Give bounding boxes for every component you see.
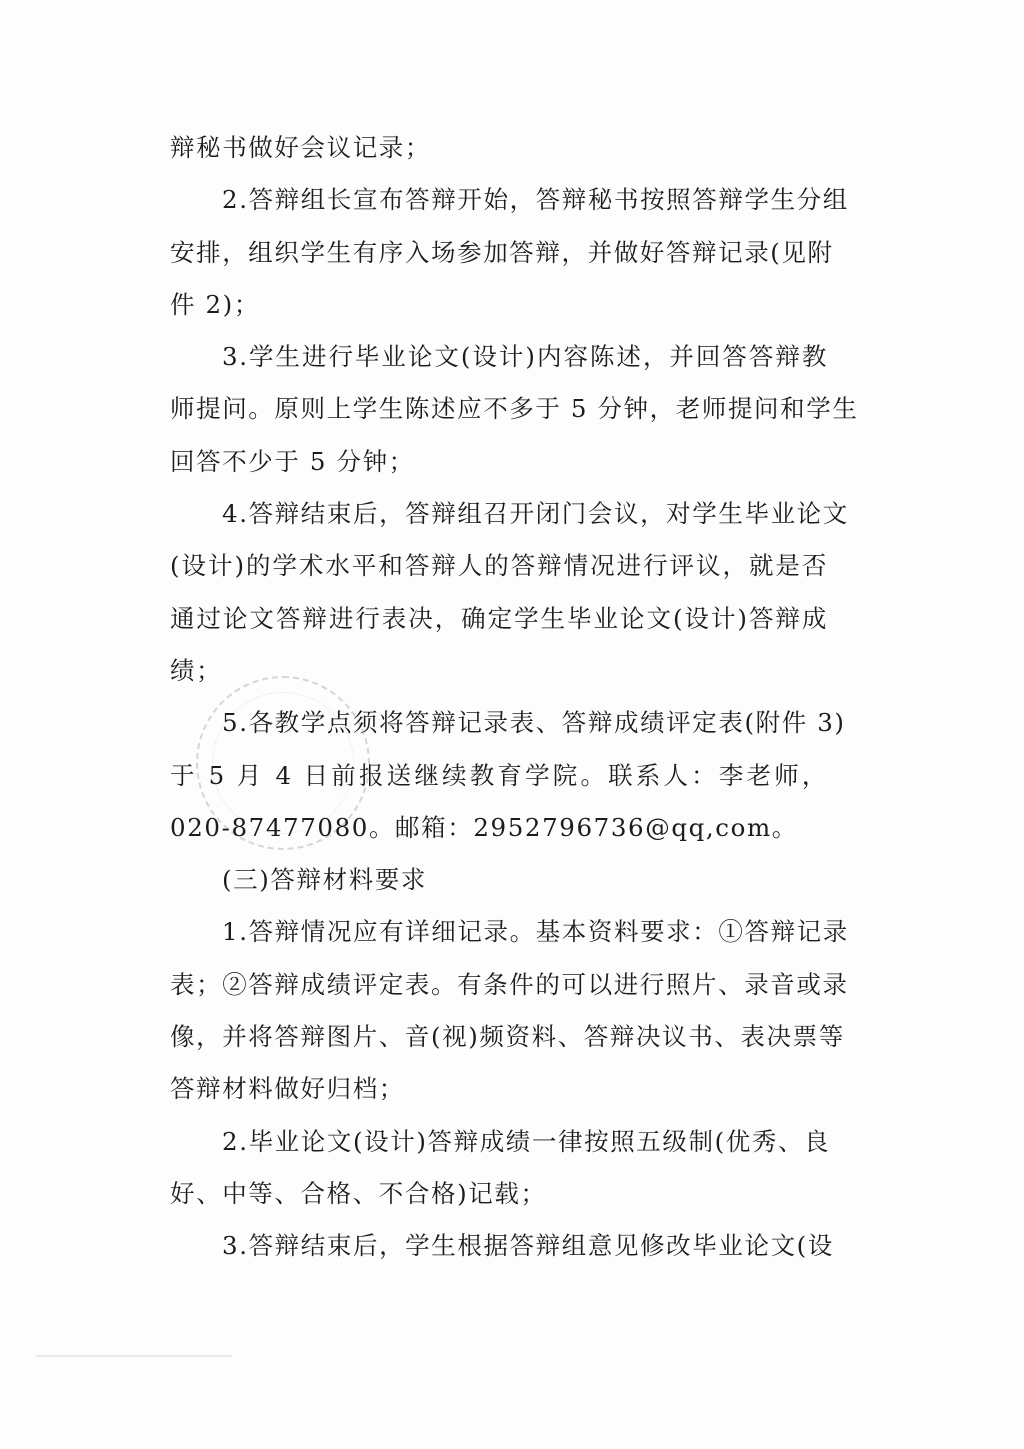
text-line: 像，并将答辩图片、音(视)频资料、答辩决议书、表决票等 [170,1011,828,1063]
text-line: 2.毕业论文(设计)答辩成绩一律按照五级制(优秀、良 [170,1116,828,1168]
text-line: 5.各教学点须将答辩记录表、答辩成绩评定表(附件 3) [170,697,828,749]
contact-line: 020-87477080。邮箱：2952796736@qq,com。 [170,802,828,854]
text-line: 答辩材料做好归档； [170,1063,828,1115]
text-line: 好、中等、合格、不合格)记载； [170,1168,828,1220]
text-line: 3.学生进行毕业论文(设计)内容陈述，并回答答辩教 [170,331,828,383]
text-line: 通过论文答辩进行表决，确定学生毕业论文(设计)答辩成 [170,593,828,645]
document-body: 辩秘书做好会议记录； 2.答辩组长宣布答辩开始，答辩秘书按照答辩学生分组 安排，… [170,122,828,1273]
scan-residue-mark [36,1355,232,1357]
text-line: 件 2)； [170,279,828,331]
text-line: 师提问。原则上学生陈述应不多于 5 分钟，老师提问和学生 [170,383,828,435]
document-page: 辩秘书做好会议记录； 2.答辩组长宣布答辩开始，答辩秘书按照答辩学生分组 安排，… [0,0,1024,1449]
text-line: 回答不少于 5 分钟； [170,436,828,488]
text-line: 4.答辩结束后，答辩组召开闭门会议，对学生毕业论文 [170,488,828,540]
text-line: 辩秘书做好会议记录； [170,122,828,174]
text-line: 绩； [170,645,828,697]
text-line: 3.答辩结束后，学生根据答辩组意见修改毕业论文(设 [170,1220,828,1272]
text-line: 2.答辩组长宣布答辩开始，答辩秘书按照答辩学生分组 [170,174,828,226]
text-line: 于 5 月 4 日前报送继续教育学院。联系人：李老师， [170,750,828,802]
text-line: 表；②答辩成绩评定表。有条件的可以进行照片、录音或录 [170,959,828,1011]
text-line: 安排，组织学生有序入场参加答辩，并做好答辩记录(见附 [170,227,828,279]
text-line: 1.答辩情况应有详细记录。基本资料要求：①答辩记录 [170,906,828,958]
text-line: (设计)的学术水平和答辩人的答辩情况进行评议，就是否 [170,540,828,592]
section-heading: (三)答辩材料要求 [170,854,828,906]
